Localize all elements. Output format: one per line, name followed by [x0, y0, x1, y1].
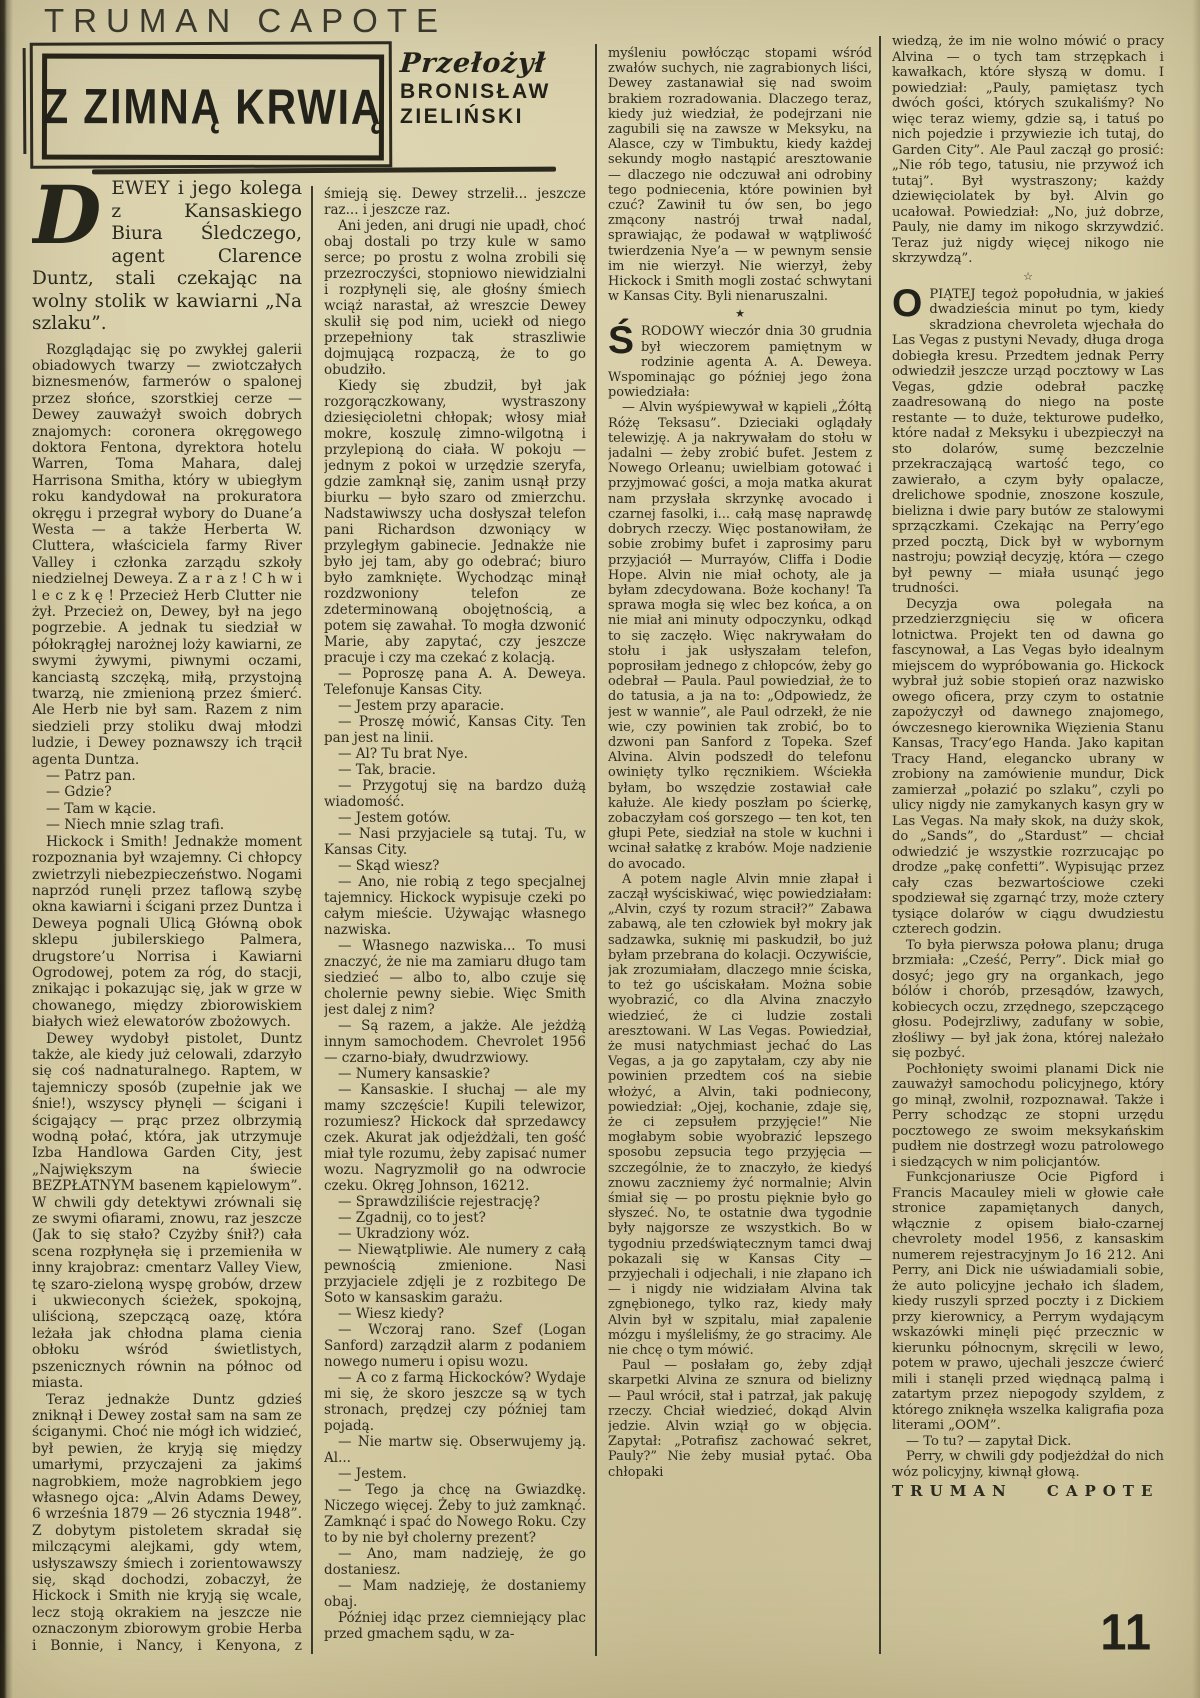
translator-credit: Przełożył BRONISŁAW ZIELIŃSKI — [400, 50, 551, 128]
text-column-3: myśleniu powłócząc stopami wśród zwałów … — [608, 46, 872, 1658]
paragraph: Funkcjonariusze Ocie Pigford i Francis M… — [892, 1170, 1164, 1434]
drop-cap: Ś — [608, 326, 634, 356]
text-column-2: śmieją się. Dewey strzelił... jeszcze ra… — [324, 186, 586, 1654]
translator-first-name: BRONISŁAW — [400, 81, 551, 103]
dialog-line: — Tam w kącie. — [32, 801, 302, 817]
dialog-line: — Jestem przy aparacie. — [324, 698, 586, 714]
dialog-line: — A co z farmą Hickocków? Wydaje mi się,… — [324, 1370, 586, 1434]
translator-last-name: ZIELIŃSKI — [400, 106, 551, 128]
section-separator-star: ☆ — [892, 270, 1164, 284]
dialog-line: — Zgadnij, co to jest? — [324, 1210, 586, 1226]
dialog-line: — Przygotuj się na bardzo dużą wiadomość… — [324, 778, 586, 810]
dialog-line: — Tego ja chcę na Gwiazdkę. Niczego więc… — [324, 1482, 586, 1546]
paragraph: Rozglądając się po zwykłej galerii obiad… — [32, 342, 302, 769]
paragraph: Pochłonięty swoimi planami Dick nie zauw… — [892, 1062, 1164, 1171]
magazine-page: TRUMAN CAPOTE Z ZIMNĄ KRWIĄ Przełożył BR… — [0, 0, 1200, 1698]
translator-label: Przełożył — [399, 50, 547, 78]
dialog-line: — Tak, bracie. — [324, 762, 586, 778]
title-box-accent-line — [23, 48, 27, 154]
section-separator-star: ★ — [608, 307, 872, 321]
dialog-line: — Niech mnie szlag trafi. — [32, 817, 302, 833]
dialog-line: — Al? Tu brat Nye. — [324, 746, 586, 762]
dialog-line: — Poproszę pana A. A. Deweya. Telefonuje… — [324, 666, 586, 698]
dialog-line: — Sprawdziliście rejestrację? — [324, 1194, 586, 1210]
paragraph: Teraz jednakże Duntz gdzieś zniknął i De… — [32, 1392, 302, 1655]
dialog-line: — Skąd wiesz? — [324, 858, 586, 874]
dialog-line: — Kansaskie. I słuchaj — ale my mamy szc… — [324, 1082, 586, 1194]
paragraph-continuation: wiedzą, że im nie wolno mówić o pracy Al… — [892, 34, 1164, 267]
dialog-line: — Ukradziony wóz. — [324, 1226, 586, 1242]
dialog-line: — Wczoraj rano. Szef (Logan Sanford) zar… — [324, 1322, 586, 1370]
title-box: Z ZIMNĄ KRWIĄ — [42, 54, 384, 161]
paragraph: Paul — posłałam go, żeby zdjął skarpetki… — [608, 1358, 872, 1480]
dialog-line: — Są razem, a jakże. Ale jeżdżą innym sa… — [324, 1018, 586, 1066]
dialog-line: — Jestem gotów. — [324, 810, 586, 826]
section-paragraph: OPIĄTEJ tegoż popołudnia, w jakieś dwadz… — [892, 287, 1164, 597]
dialog-line: — Ano, mam nadzieję, że go dostaniesz. — [324, 1546, 586, 1578]
page-number: 11 — [1100, 1602, 1152, 1661]
paragraph: Hickock i Smith! Jednakże moment rozpozn… — [32, 834, 302, 1031]
dialog-line: — To tu? — zapytał Dick. — [892, 1434, 1164, 1450]
column-rule-1 — [311, 186, 313, 1654]
dialog-line: — Ano, nie robią z tego specjalnej tajem… — [324, 874, 586, 938]
page-author-heading: TRUMAN CAPOTE — [44, 2, 447, 40]
dialog-line: — Nie martw się. Obserwujemy ją. Al... — [324, 1434, 586, 1466]
paragraph: Kiedy się zbudził, był jak rozgorączkowa… — [324, 378, 586, 666]
dialog-line: — Alvin wyśpiewywał w kąpieli „Żółtą Róż… — [608, 400, 872, 871]
column-rule-3 — [879, 36, 881, 1654]
dialog-line: — Numery kansaskie? — [324, 1066, 586, 1082]
paragraph: Decyzja owa polegała na przedzierzgnięci… — [892, 597, 1164, 938]
lead-paragraph: DEWEY i jego kolega z Kansaskiego Biura … — [32, 178, 302, 336]
page-title: Z ZIMNĄ KRWIĄ — [43, 78, 382, 136]
paragraph: To była pierwsza połowa planu; druga brz… — [892, 938, 1164, 1062]
paragraph: Ani jeden, ani drugi nie upadł, choć oba… — [324, 218, 586, 378]
paragraph-continuation: myśleniu powłócząc stopami wśród zwałów … — [608, 46, 872, 304]
section-paragraph: ŚRODOWY wieczór dnia 30 grudnia był wiec… — [608, 324, 872, 400]
paragraph-continuation: śmieją się. Dewey strzelił... jeszcze ra… — [324, 186, 586, 218]
paragraph: A potem nagle Alvin mnie złapał i zaczął… — [608, 872, 872, 1359]
paragraph: Dewey wydobył pistolet, Duntz także, ale… — [32, 1031, 302, 1392]
dialog-line: — Proszę mówić, Kansas City. Ten pan jes… — [324, 714, 586, 746]
dialog-line: — Własnego nazwiska... To musi znaczyć, … — [324, 938, 586, 1018]
dialog-line: — Jestem. — [324, 1466, 586, 1482]
paragraph: Później idąc przez ciemniejący plac prze… — [324, 1610, 586, 1642]
dialog-line: — Nasi przyjaciele są tutaj. Tu, w Kansa… — [324, 826, 586, 858]
dialog-line: — Wiesz kiedy? — [324, 1306, 586, 1322]
text-column-1: DEWEY i jego kolega z Kansaskiego Biura … — [32, 178, 302, 1654]
dialog-line: — Mam nadzieję, że dostaniemy obaj. — [324, 1578, 586, 1610]
column-rule-2 — [595, 44, 597, 1656]
byline: TRUMAN CAPOTE — [892, 1484, 1164, 1500]
paragraph: Perry, w chwili gdy podjeżdżał do nich w… — [892, 1449, 1164, 1480]
dialog-line: — Gdzie? — [32, 784, 302, 800]
dialog-line: — Niewątpliwie. Ale numery z całą pewnoś… — [324, 1242, 586, 1306]
text-column-4: wiedzą, że im nie wolno mówić o pracy Al… — [892, 34, 1164, 1612]
drop-cap: D — [32, 184, 101, 246]
dialog-line: — Patrz pan. — [32, 768, 302, 784]
drop-cap: O — [892, 289, 922, 319]
